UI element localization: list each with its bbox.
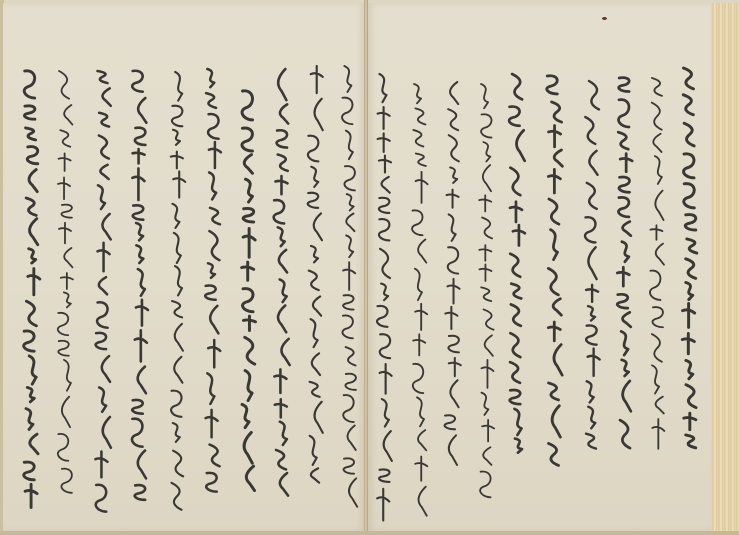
calligraphy-strokes	[476, 80, 498, 500]
bottom-edge	[0, 531, 739, 535]
text-column: うち	[237, 85, 259, 500]
calligraphy-strokes	[167, 68, 189, 495]
text-column: 見し	[339, 62, 361, 500]
calligraphy-strokes	[21, 65, 43, 495]
text-column: まみて	[646, 72, 668, 455]
text-column: うそ	[614, 72, 636, 455]
text-column: くれ	[374, 70, 396, 500]
text-column: はら	[55, 65, 77, 495]
calligraphy-strokes	[679, 62, 701, 460]
calligraphy-strokes	[202, 65, 224, 500]
ink-stain	[602, 17, 607, 20]
calligraphy-strokes	[374, 70, 396, 500]
text-column: こ流	[92, 65, 114, 500]
text-column: 絵て	[409, 80, 431, 500]
calligraphy-strokes	[614, 72, 636, 455]
text-column: 拵中	[544, 70, 566, 460]
fore-edge	[711, 3, 739, 531]
text-column: こみ	[442, 78, 464, 455]
text-column: あれさ	[679, 62, 701, 460]
calligraphy-strokes	[271, 65, 293, 500]
calligraphy-strokes	[129, 65, 151, 500]
calligraphy-strokes	[442, 78, 464, 455]
text-column: まな	[167, 68, 189, 495]
text-column: 海	[476, 80, 498, 500]
text-column: きわ	[21, 65, 43, 495]
text-column: ひくかく	[304, 62, 326, 495]
calligraphy-strokes	[544, 70, 566, 460]
text-column: かるる	[271, 65, 293, 500]
text-column: おほつ	[202, 65, 224, 500]
calligraphy-strokes	[55, 65, 77, 495]
manuscript-spread: あれさまみてうそあて拵中いち海こみ絵てくれ見しひくかくかるるうちおほつまなみやと…	[0, 0, 739, 535]
calligraphy-strokes	[92, 65, 114, 500]
calligraphy-strokes	[304, 62, 326, 495]
calligraphy-strokes	[409, 80, 431, 500]
calligraphy-strokes	[646, 72, 668, 455]
calligraphy-strokes	[339, 62, 361, 500]
calligraphy-strokes	[581, 75, 603, 460]
calligraphy-strokes	[237, 85, 259, 500]
text-column: あて	[581, 75, 603, 460]
text-column: いち	[506, 68, 528, 460]
calligraphy-strokes	[506, 68, 528, 460]
text-column: みやと	[129, 65, 151, 500]
